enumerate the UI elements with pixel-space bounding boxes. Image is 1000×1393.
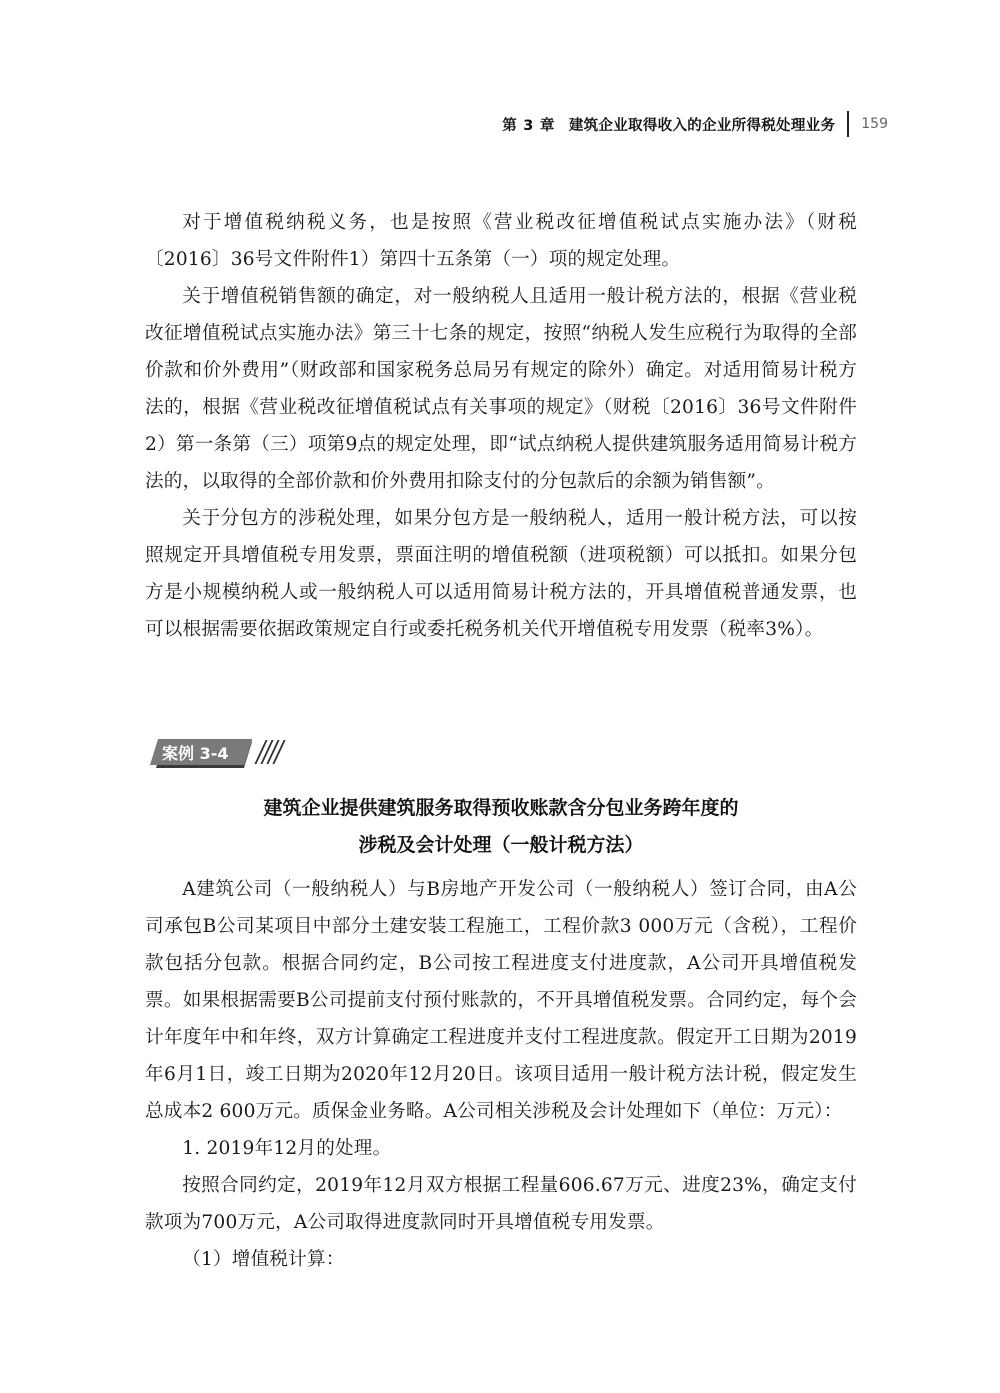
paragraph: 关于分包方的涉税处理，如果分包方是一般纳税人，适用一般计税方法，可以按照规定开具… (145, 500, 857, 648)
chapter-label: 第3章 (502, 114, 555, 135)
case-body: A建筑公司（一般纳税人）与B房地产开发公司（一般纳税人）签订合同，由A公司承包B… (145, 871, 857, 1278)
paragraph: 按照合同约定，2019年12月双方根据工程量606.67万元、进度23%，确定支… (145, 1167, 857, 1241)
running-header: 第3章 建筑企业取得收入的企业所得税处理业务 159 (502, 108, 888, 140)
chapter-title: 建筑企业取得收入的企业所得税处理业务 (569, 114, 835, 135)
case-badge: 案例 3-4 (150, 738, 284, 766)
case-badge-label: 案例 3-4 (150, 739, 252, 765)
header-divider (847, 111, 849, 137)
paragraph: 1. 2019年12月的处理。 (145, 1130, 857, 1167)
body-text: 对于增值税纳税义务，也是按照《营业税改征增值税试点实施办法》（财税〔2016〕3… (145, 204, 857, 648)
paragraph: A建筑公司（一般纳税人）与B房地产开发公司（一般纳税人）签订合同，由A公司承包B… (145, 871, 857, 1130)
paragraph: 关于增值税销售额的确定，对一般纳税人且适用一般计税方法的，根据《营业税改征增值税… (145, 278, 857, 500)
paragraph: 对于增值税纳税义务，也是按照《营业税改征增值税试点实施办法》（财税〔2016〕3… (145, 204, 857, 278)
case-title-line2: 涉税及会计处理（一般计税方法） (145, 830, 857, 857)
case-title-line1: 建筑企业提供建筑服务取得预收账款含分包业务跨年度的 (145, 793, 857, 820)
paragraph: （1）增值税计算： (145, 1241, 857, 1278)
stripes-decoration-icon (260, 740, 284, 764)
page-number: 159 (861, 116, 888, 132)
